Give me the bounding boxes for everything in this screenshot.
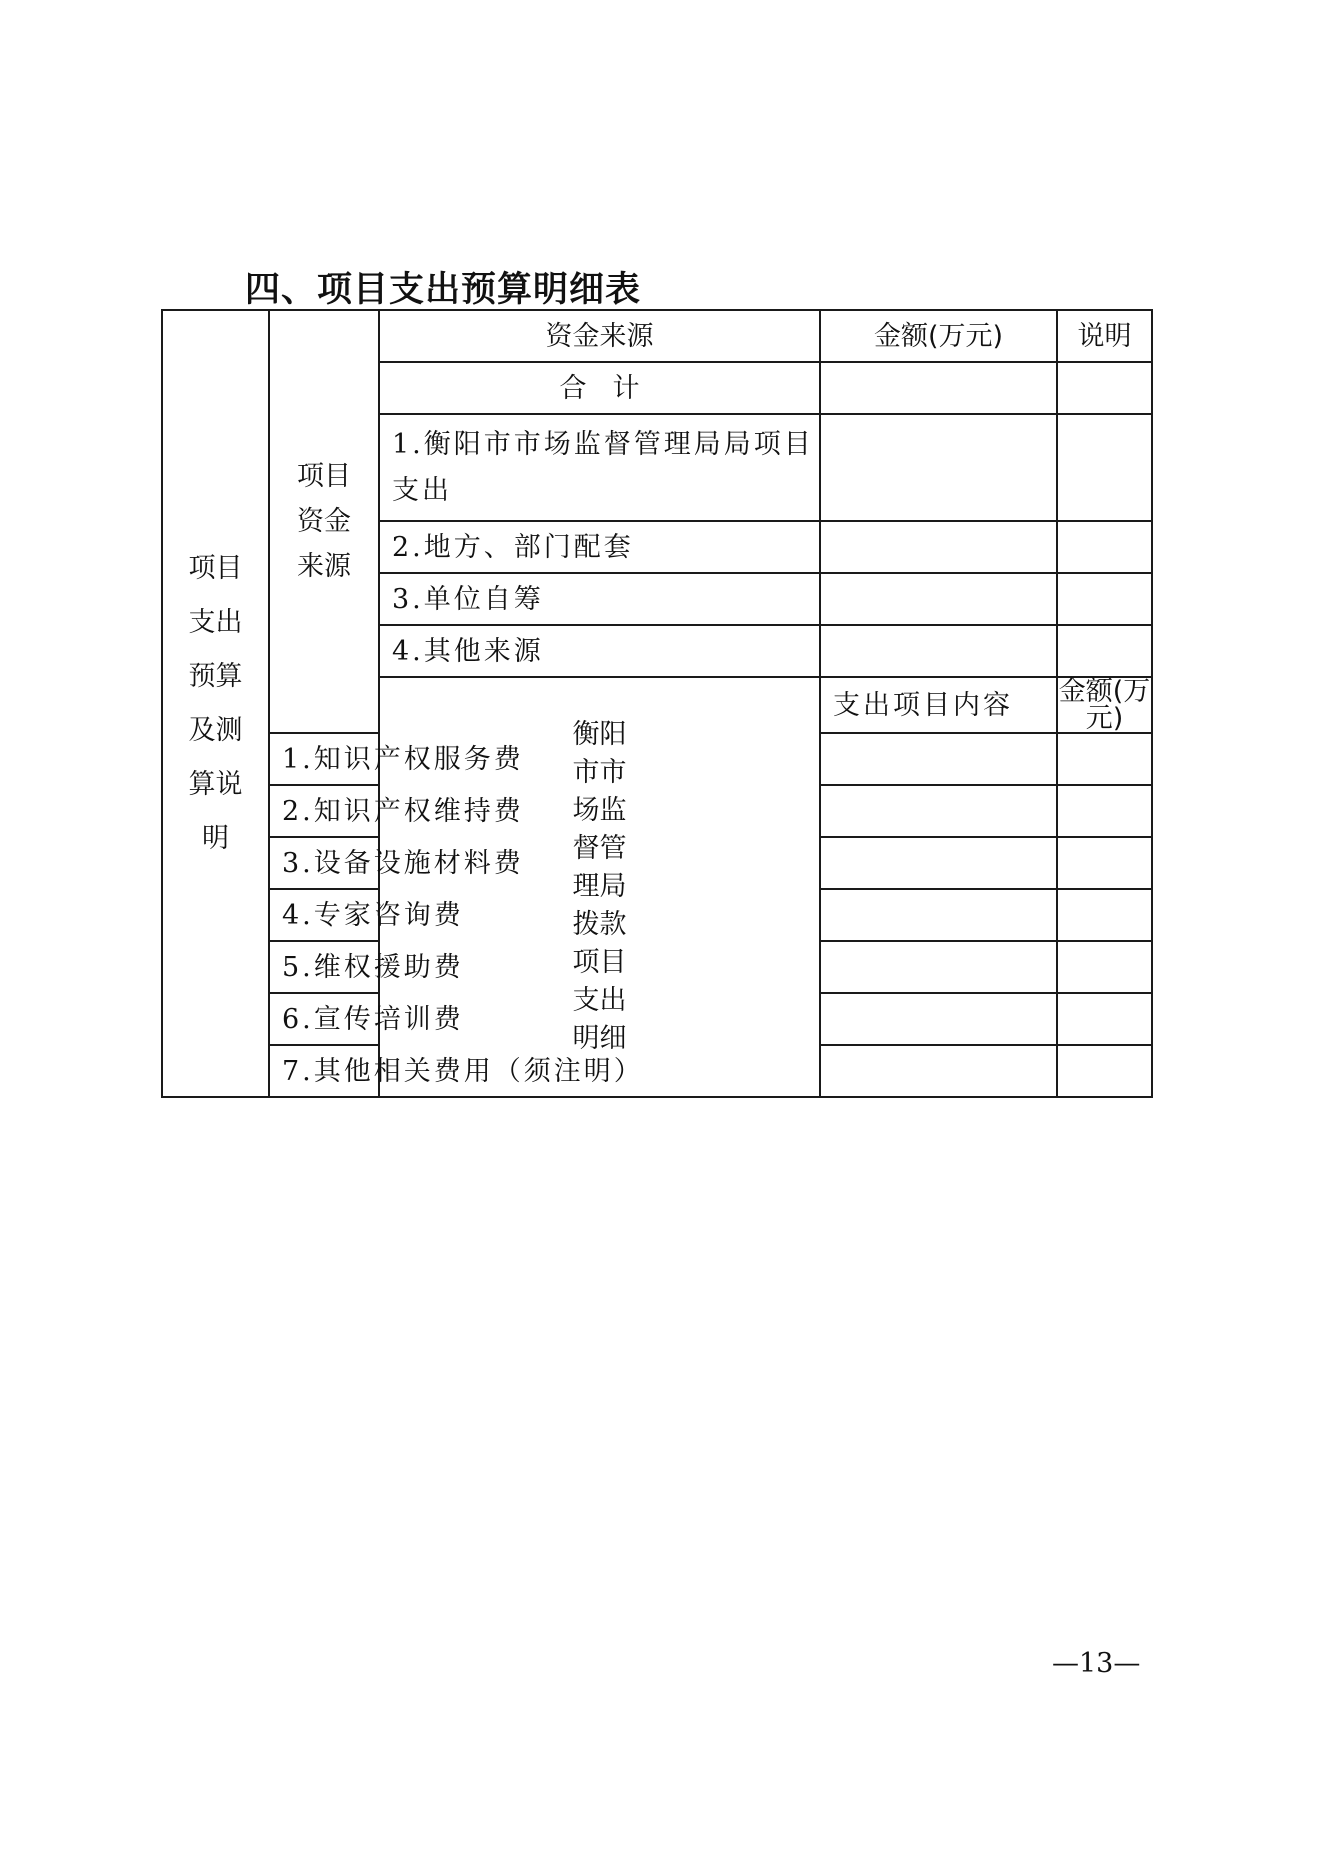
- funding-row-label: 4.其他来源: [379, 625, 820, 677]
- expense-row-note[interactable]: [1057, 785, 1152, 837]
- funding-row-note[interactable]: [1057, 573, 1152, 625]
- expense-row-label: 4.专家咨询费: [269, 889, 379, 941]
- header-note: 说明: [1057, 310, 1152, 362]
- funding-row-amount[interactable]: [820, 625, 1057, 677]
- expense-row-note[interactable]: [1057, 941, 1152, 993]
- funding-row-note[interactable]: [1057, 414, 1152, 521]
- header-expense-amount: 金额(万元): [1057, 677, 1152, 733]
- header-expense-content: 支出项目内容: [820, 677, 1057, 733]
- expense-row-label: 5.维权援助费: [269, 941, 379, 993]
- expense-row-amount[interactable]: [820, 837, 1057, 889]
- expense-row-amount[interactable]: [820, 733, 1057, 785]
- funding-section-label: 项目资金来源: [294, 454, 354, 589]
- funding-row-label: 1.衡阳市市场监督管理局局项目支出: [379, 414, 820, 521]
- expense-row-label: 7.其他相关费用（须注明）: [269, 1045, 379, 1097]
- left-header-cell: 项目支出预算及测算说明: [162, 310, 269, 1097]
- header-amount: 金额(万元): [820, 310, 1057, 362]
- funding-row-note[interactable]: [1057, 521, 1152, 573]
- left-header-label: 项目支出预算及测算说明: [186, 542, 246, 866]
- expense-row-amount[interactable]: [820, 993, 1057, 1045]
- expense-row-amount[interactable]: [820, 785, 1057, 837]
- funding-row-note[interactable]: [1057, 625, 1152, 677]
- expense-row-note[interactable]: [1057, 733, 1152, 785]
- funding-row-amount[interactable]: [820, 521, 1057, 573]
- funding-row-label: 3.单位自筹: [379, 573, 820, 625]
- expense-row-amount[interactable]: [820, 889, 1057, 941]
- funding-section-cell: 项目资金来源: [269, 310, 379, 733]
- expense-row-note[interactable]: [1057, 993, 1152, 1045]
- expense-row-note[interactable]: [1057, 837, 1152, 889]
- total-note-cell[interactable]: [1057, 362, 1152, 414]
- funding-header-row: 项目支出预算及测算说明 项目资金来源 资金来源 金额(万元) 说明: [162, 310, 1152, 362]
- funding-row-amount[interactable]: [820, 573, 1057, 625]
- funding-row-label: 2.地方、部门配套: [379, 521, 820, 573]
- expense-row-label: 3.设备设施材料费: [269, 837, 379, 889]
- expense-row-label: 1.知识产权服务费: [269, 733, 379, 785]
- expense-row-label: 2.知识产权维持费: [269, 785, 379, 837]
- expense-row-note[interactable]: [1057, 889, 1152, 941]
- funding-row-amount[interactable]: [820, 414, 1057, 521]
- budget-detail-table: 项目支出预算及测算说明 项目资金来源 资金来源 金额(万元) 说明 合计 1.衡…: [161, 309, 1153, 1098]
- total-label: 合计: [379, 362, 820, 414]
- page-title: 四、项目支出预算明细表: [245, 262, 641, 312]
- expense-row-label: 6.宣传培训费: [269, 993, 379, 1045]
- page-number: —13—: [1052, 1648, 1140, 1679]
- expense-row-note[interactable]: [1057, 1045, 1152, 1097]
- expense-section-label: 衡阳市市场监督管理局拨款项目支出明细: [570, 716, 630, 1058]
- expense-row-amount[interactable]: [820, 941, 1057, 993]
- expense-row-amount[interactable]: [820, 1045, 1057, 1097]
- header-funding-source: 资金来源: [379, 310, 820, 362]
- total-amount-cell[interactable]: [820, 362, 1057, 414]
